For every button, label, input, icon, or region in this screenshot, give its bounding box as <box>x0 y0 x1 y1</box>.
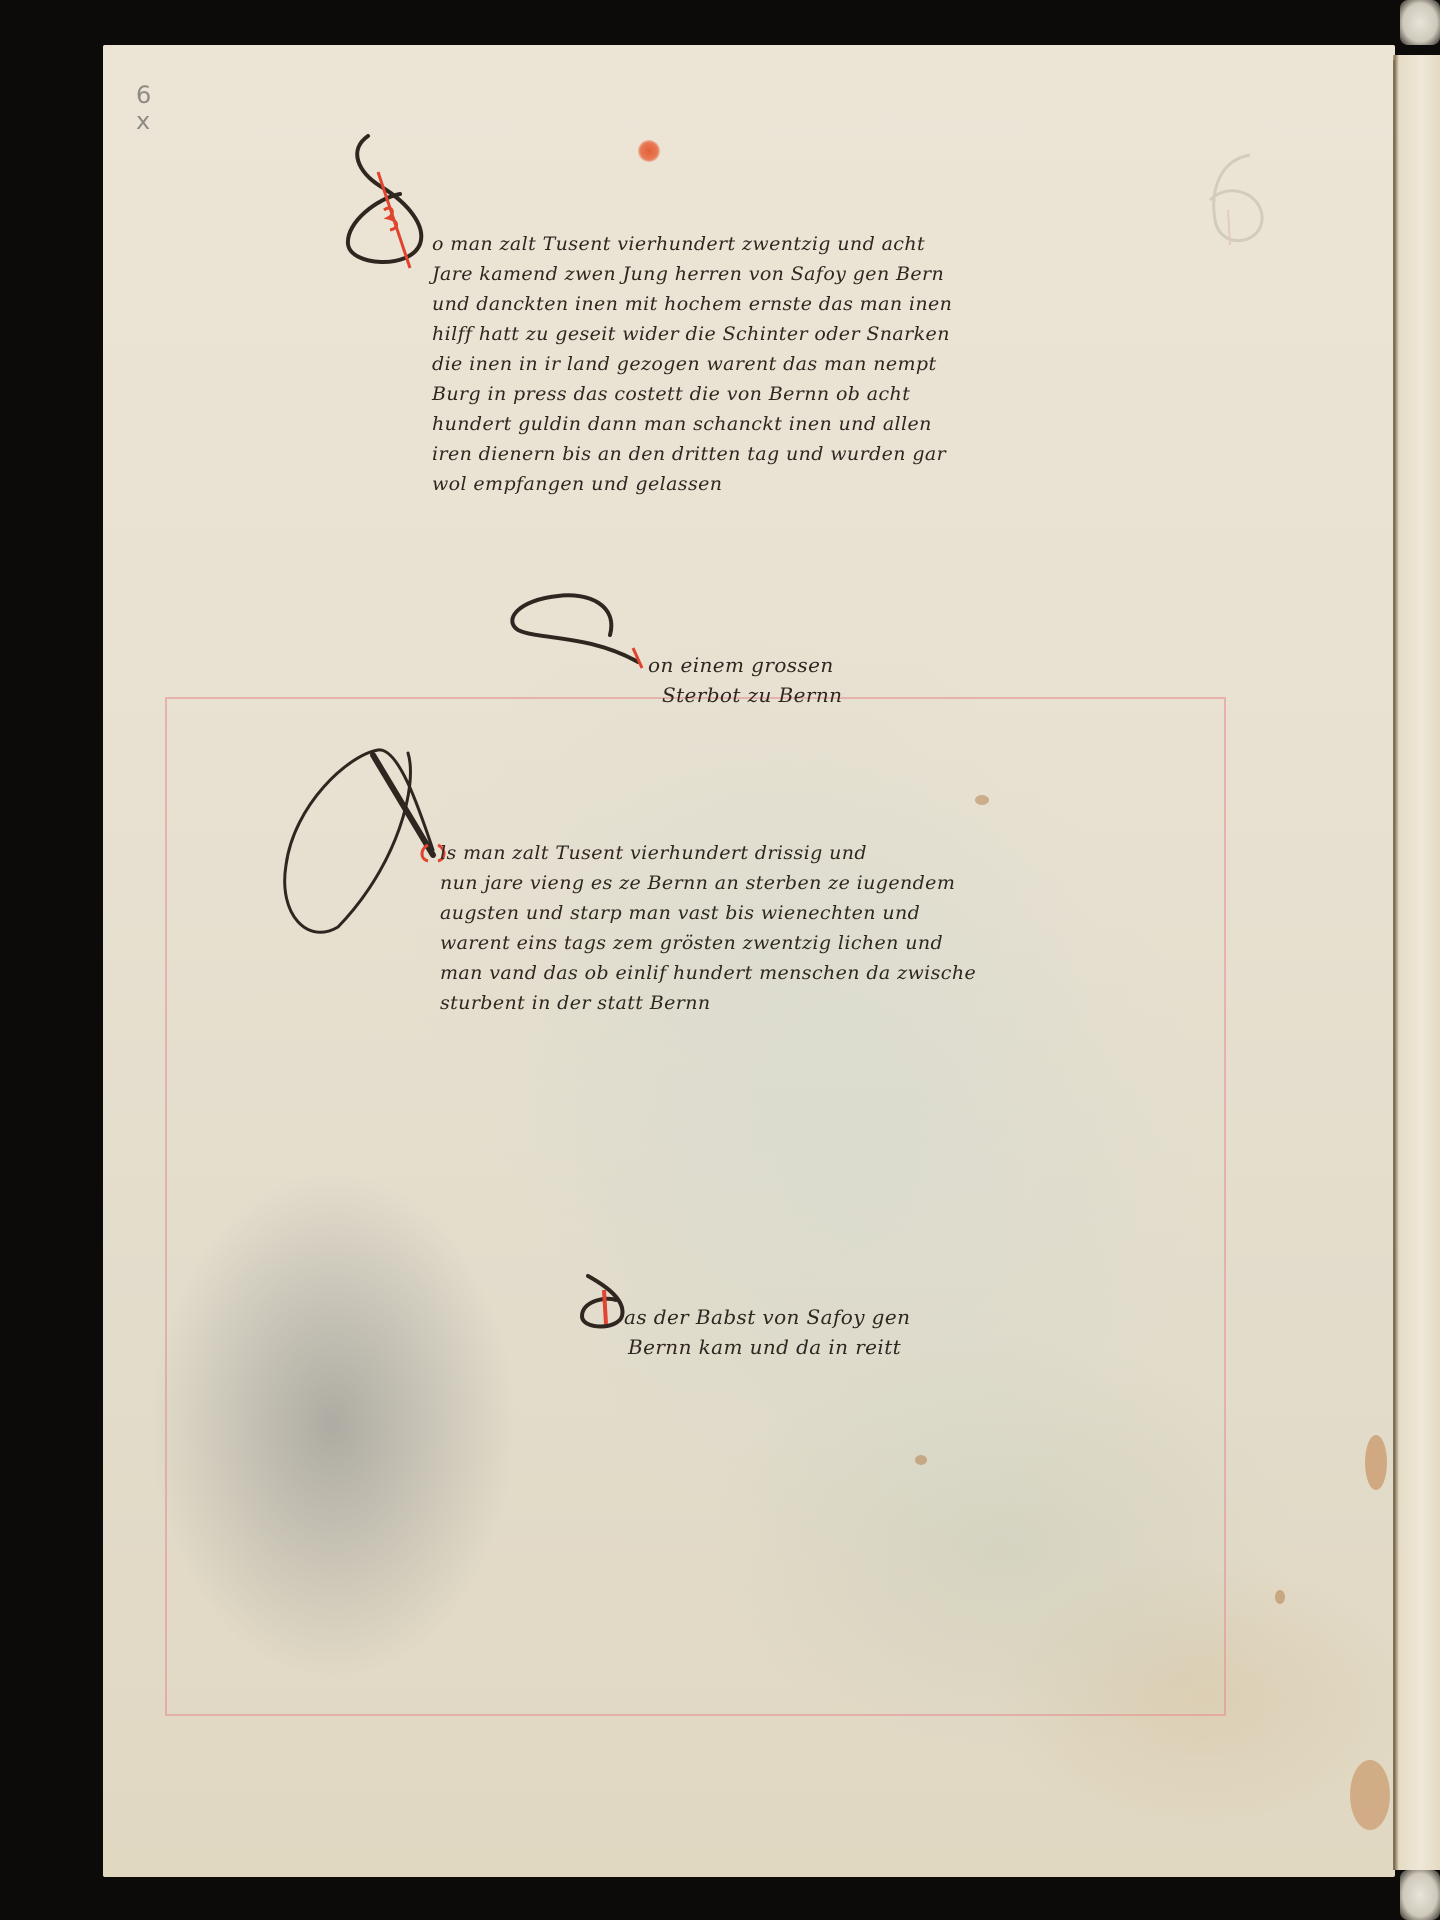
text-line: Jare kamend zwen Jung herren von Safoy g… <box>432 259 952 289</box>
text-line: die inen in ir land gezogen warent das m… <box>432 349 952 379</box>
bleed-through-initial <box>1190 150 1270 260</box>
text-line: o man zalt Tusent vierhundert zwentzig u… <box>432 229 952 259</box>
text-line: augsten und starp man vast bis wienechte… <box>440 898 976 928</box>
text-line: hundert guldin dann man schanckt inen un… <box>432 409 952 439</box>
text-line: ls man zalt Tusent vierhundert drissig u… <box>440 838 976 868</box>
text-line: hilff hatt zu geseit wider die Schinter … <box>432 319 952 349</box>
stain <box>975 795 989 805</box>
facing-page-edge <box>1393 55 1440 1870</box>
text-line: nun jare vieng es ze Bernn an sterben ze… <box>440 868 976 898</box>
folio-mark: x <box>136 108 166 134</box>
heading-line: as der Babst von Safoy gen <box>624 1302 910 1332</box>
text-line: iren dienern bis an den dritten tag und … <box>432 439 952 469</box>
text-line: man vand das ob einlif hundert menschen … <box>440 958 976 988</box>
stain <box>1350 1760 1390 1830</box>
stain <box>1365 1435 1387 1490</box>
text-line: und danckten inen mit hochem ernste das … <box>432 289 952 319</box>
binding-thread-bottom <box>1400 1870 1440 1920</box>
heading-line: Bernn kam und da in reitt <box>624 1332 910 1362</box>
heading-plague-in-bern: on einem grossen Sterbot zu Bernn <box>648 650 842 710</box>
binding-fold <box>1393 60 1395 1870</box>
paragraph-1: o man zalt Tusent vierhundert zwentzig u… <box>432 229 952 499</box>
text-line: wol empfangen und gelassen <box>432 469 952 499</box>
heading-line: Sterbot zu Bernn <box>648 680 842 710</box>
flourished-initial-v <box>498 590 648 670</box>
binding-thread-top <box>1400 0 1440 45</box>
heading-pope-visit: as der Babst von Safoy gen Bernn kam und… <box>624 1302 910 1362</box>
decorated-initial-a <box>268 745 468 945</box>
folio-marginalia: 6 x <box>136 82 166 134</box>
red-ink-dot <box>638 140 660 162</box>
text-line: warent eins tags zem grösten zwentzig li… <box>440 928 976 958</box>
heading-line: on einem grossen <box>648 650 842 680</box>
folio-number: 6 <box>136 82 166 108</box>
text-line: Burg in press das costett die von Bernn … <box>432 379 952 409</box>
stain <box>1275 1590 1285 1604</box>
paragraph-2: ls man zalt Tusent vierhundert drissig u… <box>440 838 976 1018</box>
text-line: sturbent in der statt Bernn <box>440 988 976 1018</box>
stain <box>915 1455 927 1465</box>
